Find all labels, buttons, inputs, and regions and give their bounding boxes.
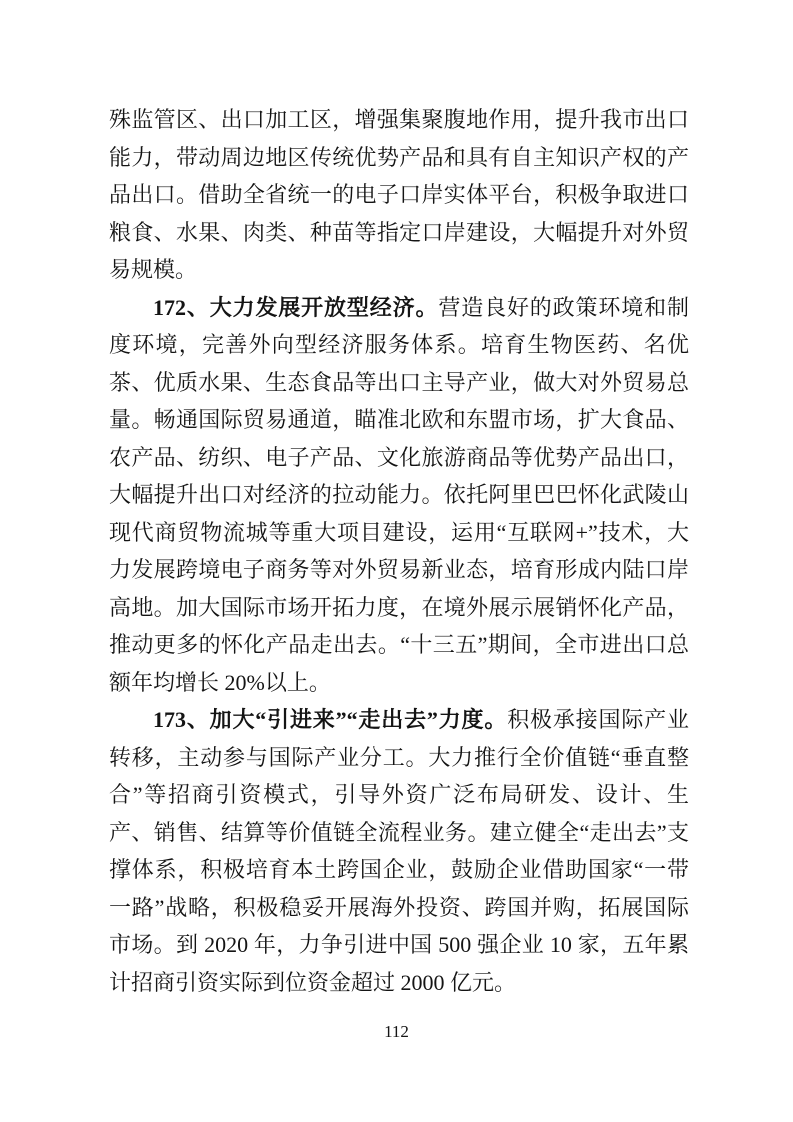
paragraph-text: 殊监管区、出口加工区，增强集聚腹地作用，提升我市出口能力，带动周边地区传统优势产… bbox=[109, 107, 689, 282]
paragraph-172-text: 营造良好的政策环境和制度环境，完善外向型经济服务体系。培育生物医药、名优茶、优质… bbox=[109, 295, 689, 695]
paragraph-173-heading: 173、加大“引进来”“走出去”力度。 bbox=[153, 707, 507, 732]
paragraph-172: 172、大力发展开放型经济。营造良好的政策环境和制度环境，完善外向型经济服务体系… bbox=[109, 289, 689, 702]
page-number: 112 bbox=[0, 1020, 793, 1044]
document-page: 殊监管区、出口加工区，增强集聚腹地作用，提升我市出口能力，带动周边地区传统优势产… bbox=[0, 0, 793, 1122]
document-text-block: 殊监管区、出口加工区，增强集聚腹地作用，提升我市出口能力，带动周边地区传统优势产… bbox=[109, 101, 689, 1001]
paragraph-172-heading: 172、大力发展开放型经济。 bbox=[153, 295, 438, 320]
paragraph-173: 173、加大“引进来”“走出去”力度。积极承接国际产业转移，主动参与国际产业分工… bbox=[109, 701, 689, 1001]
paragraph-173-text: 积极承接国际产业转移，主动参与国际产业分工。大力推行全价值链“垂直整合”等招商引… bbox=[109, 707, 689, 995]
paragraph-continuation: 殊监管区、出口加工区，增强集聚腹地作用，提升我市出口能力，带动周边地区传统优势产… bbox=[109, 101, 689, 289]
